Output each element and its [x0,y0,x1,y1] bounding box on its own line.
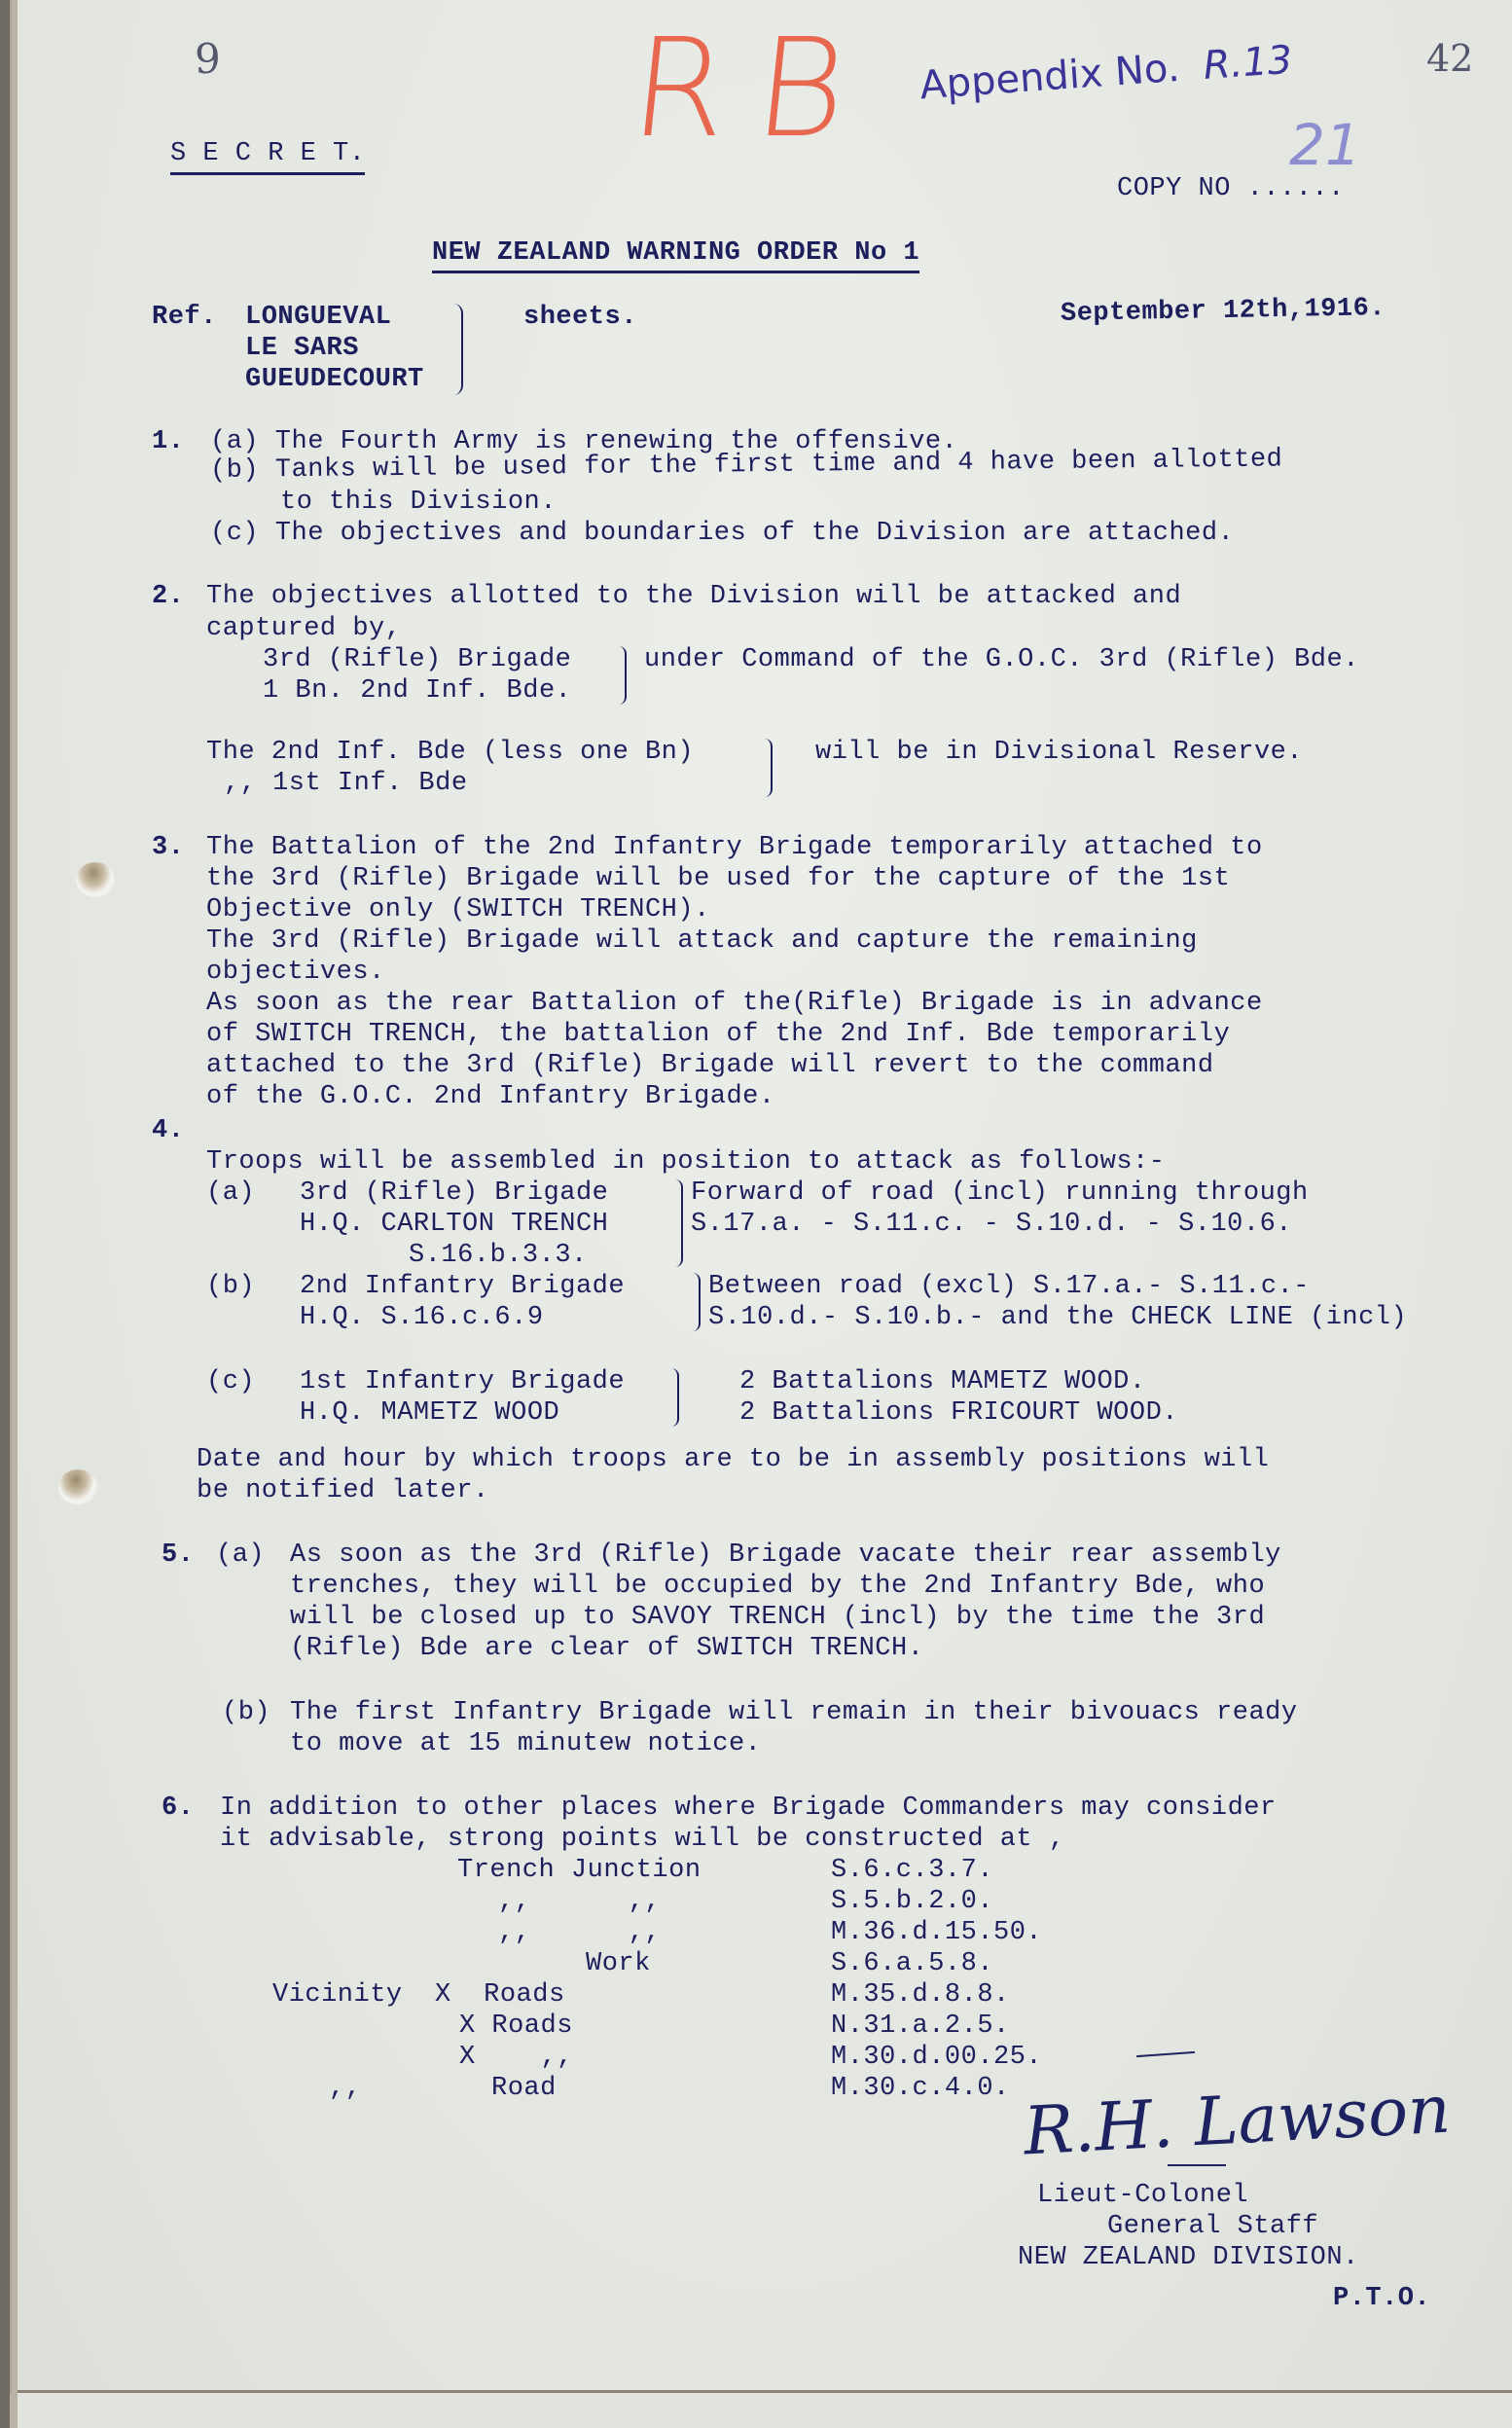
signature-underline-bottom [1168,2164,1226,2166]
reference-suffix: sheets. [523,302,637,333]
p3-line: As soon as the rear Battalion of the(Rif… [206,988,1263,1019]
strong-point-place: ,, Road [329,2073,557,2104]
p4-c-brace [671,1368,679,1427]
strong-point-ref: M.36.d.15.50. [831,1917,1042,1948]
folio-number-right: 42 [1426,37,1473,80]
p4-c-unit-1: 1st Infantry Brigade [300,1366,625,1397]
strong-point-ref: M.30.d.00.25. [831,2042,1042,2073]
reference-sheet-2: LE SARS [245,333,359,364]
p3-line: of SWITCH TRENCH, the battalion of the 2… [206,1019,1263,1050]
p2-brace-reserve [765,739,773,797]
p4-note-line1: Date and hour by which troops are to be … [197,1444,1269,1475]
p2-unit-rifle: 3rd (Rifle) Brigade [263,644,571,675]
p4-b-position-2: S.10.d.- S.10.b.- and the CHECK LINE (in… [708,1302,1407,1333]
strong-point-ref: N.31.a.2.5. [831,2011,1010,2042]
strong-point-place: X ,, [459,2042,573,2073]
reference-brace [453,304,463,395]
p5-b-line: The first Infantry Brigade will remain i… [290,1697,1298,1728]
p5-b-body: The first Infantry Brigade will remain i… [290,1697,1298,1759]
strong-point-place: Vicinity X Roads [272,1979,565,2011]
p2-brace-command [619,646,627,705]
p3-line: The Battalion of the 2nd Infantry Brigad… [206,832,1263,863]
please-turn-over: P.T.O. [1333,2283,1430,2314]
signatory-unit: NEW ZEALAND DIVISION. [1018,2242,1359,2273]
margin-rule [10,0,12,2394]
p4-b-brace [693,1273,701,1331]
strong-point-ref: M.30.c.4.0. [831,2073,1010,2104]
p3-line: the 3rd (Rifle) Brigade will be used for… [206,863,1263,894]
strong-point-place: Trench Junction [457,1855,702,1886]
p3-line: of the G.O.C. 2nd Infantry Brigade. [206,1081,1263,1112]
p4-a-position-2: S.17.a. - S.11.c. - S.10.d. - S.10.6. [691,1209,1292,1240]
p4-c-unit-2: H.Q. MAMETZ WOOD [300,1397,559,1429]
copy-number: COPY NO ...... [1117,173,1345,204]
p4-intro: Troops will be assembled in position to … [206,1146,1165,1178]
p3-line: The 3rd (Rifle) Brigade will attack and … [206,925,1263,957]
p6-number: 6. [162,1793,194,1824]
punch-hole-bottom [58,1469,97,1504]
p5-a-body: As soon as the 3rd (Rifle) Brigade vacat… [290,1540,1281,1664]
strong-point-place: ,, ,, [498,1917,661,1948]
p4-b-label: (b) [206,1271,255,1302]
p5-a-line: will be closed up to SAVOY TRENCH (incl)… [290,1602,1281,1633]
p2-command-text: under Command of the G.O.C. 3rd (Rifle) … [644,644,1359,675]
p3-number: 3. [152,832,184,863]
p2-line2: captured by, [206,613,401,644]
p4-a-position-1: Forward of road (incl) running through [691,1178,1309,1209]
p4-a-unit-2: H.Q. CARLTON TRENCH [300,1209,608,1240]
p5-a-label: (a) [216,1540,265,1571]
p4-b-unit-1: 2nd Infantry Brigade [300,1271,625,1302]
order-date: September 12th,1916. [1061,293,1386,330]
p4-note-line2: be notified later. [197,1475,489,1506]
p4-number: 4. [152,1115,184,1146]
red-initials: RB [624,10,882,168]
p4-b-unit-2: H.Q. S.16.c.6.9 [300,1302,544,1333]
order-title: NEW ZEALAND WARNING ORDER No 1 [432,237,919,273]
p4-c-position-1: 2 Battalions MAMETZ WOOD. [739,1366,1146,1397]
folio-number-left: 9 [195,35,221,83]
p5-number: 5. [162,1540,194,1571]
p3-line: Objective only (SWITCH TRENCH). [206,894,1263,925]
p4-a-unit-3: S.16.b.3.3. [409,1240,588,1271]
strong-point-place: Work [586,1948,651,1979]
underlying-sheet [18,2390,1512,2428]
reference-sheet-1: LONGUEVAL [245,302,391,333]
copy-number-handwritten: 21 [1289,112,1361,178]
p5-a-line: As soon as the 3rd (Rifle) Brigade vacat… [290,1540,1281,1571]
p5-b-label: (b) [222,1697,270,1728]
p6-line2: it advisable, strong points will be cons… [220,1824,1065,1855]
strong-point-ref: S.6.c.3.7. [831,1855,993,1886]
p3-body: The Battalion of the 2nd Infantry Brigad… [206,832,1263,1112]
strong-point-ref: S.5.b.2.0. [831,1886,993,1917]
p2-reserve-unit-2: ,, 1st Inf. Bde [224,768,468,799]
strong-point-ref: M.35.d.8.8. [831,1979,1010,2011]
p6-line1: In addition to other places where Brigad… [220,1793,1277,1824]
p2-line1: The objectives allotted to the Division … [206,581,1181,612]
p4-a-brace [675,1179,683,1267]
p1-b-line2: to this Division. [280,487,557,518]
p4-b-position-1: Between road (excl) S.17.a.- S.11.c.- [708,1271,1310,1302]
strong-point-place: ,, ,, [498,1886,661,1917]
p2-number: 2. [152,581,184,612]
p3-line: objectives. [206,957,1263,988]
p5-a-line: (Rifle) Bde are clear of SWITCH TRENCH. [290,1633,1281,1664]
signatory-role: General Staff [1107,2211,1318,2242]
p4-c-position-2: 2 Battalions FRICOURT WOOD. [739,1397,1178,1429]
p5-a-line: trenches, they will be occupied by the 2… [290,1571,1281,1602]
reference-label: Ref. [152,302,217,333]
p3-line: attached to the 3rd (Rifle) Brigade will… [206,1050,1263,1081]
punch-hole-top [76,862,115,897]
classification-secret: S E C R E T. [170,138,365,175]
p5-b-line: to move at 15 minutew notice. [290,1728,1298,1759]
p2-reserve-unit-1: The 2nd Inf. Bde (less one Bn) [206,737,694,768]
strong-point-ref: S.6.a.5.8. [831,1948,993,1979]
p1-number: 1. [152,426,184,457]
binding-edge [0,0,10,2428]
signatory-rank: Lieut-Colonel [1037,2180,1248,2211]
strong-point-place: X Roads [459,2011,573,2042]
p2-unit-battalion: 1 Bn. 2nd Inf. Bde. [263,675,571,707]
p2-reserve-text: will be in Divisional Reserve. [815,737,1303,768]
p4-a-label: (a) [206,1178,255,1209]
appendix-value: R.13 [1202,38,1293,89]
p1-c: (c) The objectives and boundaries of the… [210,518,1234,549]
p4-c-label: (c) [206,1366,255,1397]
p4-a-unit-1: 3rd (Rifle) Brigade [300,1178,608,1209]
reference-sheet-3: GUEUDECOURT [245,364,424,395]
